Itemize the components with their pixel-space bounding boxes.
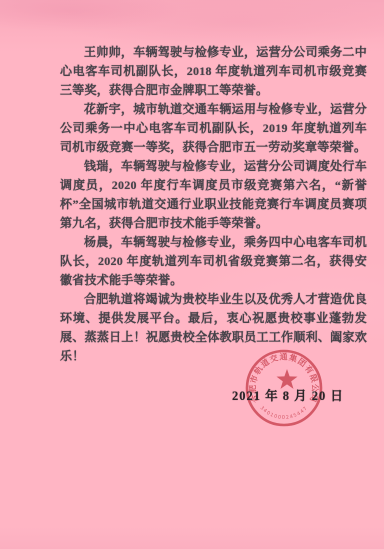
letter-paragraph-4: 杨晨，车辆驾驶与检修专业，乘务四中心电客车司机队长，2020 年度轨道列车司机省… [60, 233, 367, 290]
letter-body: 王帅帅，车辆驾驶与检修专业，运营分公司乘务二中心电客车司机副队长，2018 年度… [60, 43, 367, 366]
seal-serial-number: 3401000245447 [259, 405, 310, 421]
letter-page: 王帅帅，车辆驾驶与检修专业，运营分公司乘务二中心电客车司机副队长，2018 年度… [0, 0, 384, 549]
svg-text:3401000245447: 3401000245447 [259, 405, 310, 421]
letter-paragraph-1: 王帅帅，车辆驾驶与检修专业，运营分公司乘务二中心电客车司机副队长，2018 年度… [60, 43, 367, 100]
letter-paragraph-3: 钱瑞，车辆驾驶与检修专业，运营分公司调度处行车调度员，2020 年度行车调度员市… [60, 157, 367, 233]
letter-paragraph-2: 花新宇，城市轨道交通车辆运用与检修专业，运营分公司乘务一中心电客车司机副队长，2… [60, 100, 367, 157]
letter-date: 2021 年 8 月 20 日 [232, 386, 344, 404]
